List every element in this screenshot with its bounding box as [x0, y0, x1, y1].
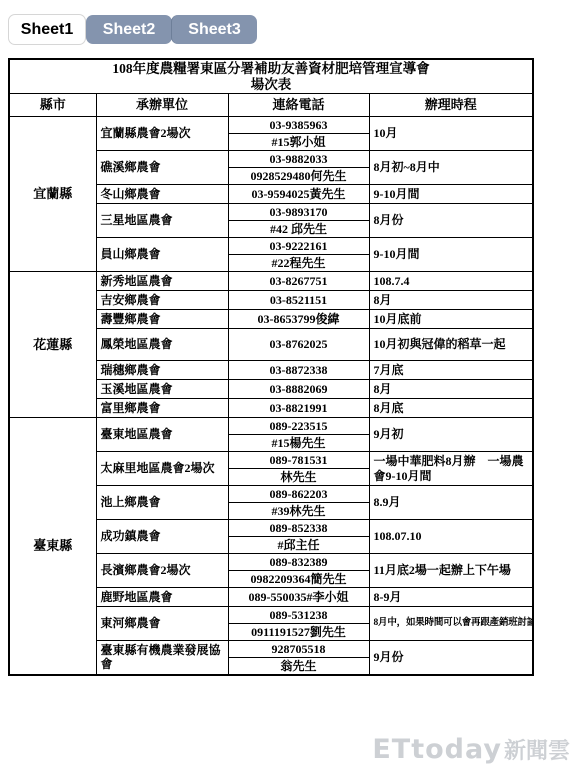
page: Sheet1 Sheet2 Sheet3 108年度農糧署東區分署補助友善資材肥…: [0, 0, 576, 768]
phone-contact-cell: #39林先生: [228, 503, 369, 520]
phone-cell: 089-862203: [228, 486, 369, 503]
title-row: 108年度農糧署東區分署補助友善資材肥培管理宣導會 場次表: [9, 59, 533, 94]
phone-cell: 03-8762025: [228, 329, 369, 361]
schedule-cell: 9-10月間: [369, 238, 533, 272]
schedule-cell: 108.07.10: [369, 520, 533, 554]
phone-cell: 03-8882069: [228, 380, 369, 399]
unit-cell: 吉安鄉農會: [96, 291, 228, 310]
watermark-logo-text: ETtoday: [372, 734, 502, 765]
unit-cell: 太麻里地區農會2場次: [96, 452, 228, 486]
county-cell: 花蓮縣: [9, 272, 96, 418]
phone-cell: 03-8872338: [228, 361, 369, 380]
unit-cell: 東河鄉農會: [96, 607, 228, 641]
unit-cell: 壽豐鄉農會: [96, 310, 228, 329]
phone-cell: 089-223515: [228, 418, 369, 435]
schedule-cell: 8月: [369, 380, 533, 399]
unit-cell: 臺東地區農會: [96, 418, 228, 452]
phone-cell: 03-8653799俊緯: [228, 310, 369, 329]
phone-cell: 03-9882033: [228, 151, 369, 168]
county-cell: 臺東縣: [9, 418, 96, 675]
unit-cell: 臺東縣有機農業發展協會: [96, 641, 228, 675]
phone-contact-cell: 0982209364簡先生: [228, 571, 369, 588]
schedule-cell: 108.7.4: [369, 272, 533, 291]
ettoday-watermark: ETtoday 新聞雲: [372, 734, 570, 765]
schedule-cell: 9月份: [369, 641, 533, 675]
phone-cell: 03-9222161: [228, 238, 369, 255]
table-row: 宜蘭縣 宜蘭縣農會2場次 03-9385963 10月: [9, 117, 533, 134]
phone-cell: 928705518: [228, 641, 369, 658]
phone-cell: 03-9594025黃先生: [228, 185, 369, 204]
unit-cell: 鹿野地區農會: [96, 588, 228, 607]
unit-cell: 三星地區農會: [96, 204, 228, 238]
schedule-cell: 10月底前: [369, 310, 533, 329]
phone-cell: 03-9385963: [228, 117, 369, 134]
unit-cell: 宜蘭縣農會2場次: [96, 117, 228, 151]
tab-sheet3[interactable]: Sheet3: [171, 15, 257, 44]
sheet-tab-bar: Sheet1 Sheet2 Sheet3: [8, 14, 257, 45]
schedule-cell: 8.9月: [369, 486, 533, 520]
unit-cell: 新秀地區農會: [96, 272, 228, 291]
unit-cell: 池上鄉農會: [96, 486, 228, 520]
watermark-logo-zh: 新聞雲: [504, 734, 570, 765]
phone-contact-cell: #22程先生: [228, 255, 369, 272]
schedule-cell: 10月初與冠偉的稻草一起: [369, 329, 533, 361]
unit-cell: 員山鄉農會: [96, 238, 228, 272]
unit-cell: 礁溪鄉農會: [96, 151, 228, 185]
phone-cell: 03-8521151: [228, 291, 369, 310]
schedule-cell: 8月中，如果時間可以會再跟產銷班討論: [369, 607, 533, 641]
unit-cell: 長濱鄉農會2場次: [96, 554, 228, 588]
unit-cell: 冬山鄉農會: [96, 185, 228, 204]
schedule-cell: 10月: [369, 117, 533, 151]
phone-contact-cell: 0911191527劉先生: [228, 624, 369, 641]
phone-cell: 089-852338: [228, 520, 369, 537]
unit-cell: 成功鎮農會: [96, 520, 228, 554]
table-row: 花蓮縣 新秀地區農會 03-8267751 108.7.4: [9, 272, 533, 291]
tab-sheet2[interactable]: Sheet2: [86, 15, 172, 44]
schedule-cell: 一場中華肥料8月辦 一場農會9-10月間: [369, 452, 533, 486]
schedule-cell: 7月底: [369, 361, 533, 380]
phone-contact-cell: #15郭小姐: [228, 134, 369, 151]
phone-cell: 03-8821991: [228, 399, 369, 418]
unit-cell: 瑞穗鄉農會: [96, 361, 228, 380]
schedule-cell: 8-9月: [369, 588, 533, 607]
phone-contact-cell: #42 邱先生: [228, 221, 369, 238]
schedule-cell: 8月初~8月中: [369, 151, 533, 185]
phone-contact-cell: #15楊先生: [228, 435, 369, 452]
phone-contact-cell: 0928529480何先生: [228, 168, 369, 185]
header-unit: 承辦單位: [96, 94, 228, 117]
unit-cell: 玉溪地區農會: [96, 380, 228, 399]
header-schedule: 辦理時程: [369, 94, 533, 117]
phone-cell: 03-8267751: [228, 272, 369, 291]
phone-cell: 089-550035#李小姐: [228, 588, 369, 607]
schedule-cell: 8月底: [369, 399, 533, 418]
table-title: 108年度農糧署東區分署補助友善資材肥培管理宣導會: [14, 60, 528, 77]
schedule-cell: 9-10月間: [369, 185, 533, 204]
phone-cell: 03-9893170: [228, 204, 369, 221]
phone-cell: 089-531238: [228, 607, 369, 624]
header-county: 縣市: [9, 94, 96, 117]
table-subtitle: 場次表: [14, 77, 528, 93]
phone-contact-cell: 林先生: [228, 469, 369, 486]
schedule-cell: 9月初: [369, 418, 533, 452]
phone-contact-cell: #邱主任: [228, 537, 369, 554]
schedule-cell: 8月: [369, 291, 533, 310]
phone-cell: 089-832389: [228, 554, 369, 571]
county-cell: 宜蘭縣: [9, 117, 96, 272]
tab-sheet1[interactable]: Sheet1: [8, 14, 86, 45]
header-row: 縣市 承辦單位 連絡電話 辦理時程: [9, 94, 533, 117]
schedule-cell: 8月份: [369, 204, 533, 238]
unit-cell: 鳳榮地區農會: [96, 329, 228, 361]
schedule-cell: 11月底2場一起辦上下午場: [369, 554, 533, 588]
phone-cell: 089-781531: [228, 452, 369, 469]
phone-contact-cell: 翁先生: [228, 658, 369, 675]
table-row: 臺東縣 臺東地區農會 089-223515 9月初: [9, 418, 533, 435]
table-title-cell: 108年度農糧署東區分署補助友善資材肥培管理宣導會 場次表: [9, 59, 533, 94]
header-phone: 連絡電話: [228, 94, 369, 117]
unit-cell: 富里鄉農會: [96, 399, 228, 418]
schedule-table: 108年度農糧署東區分署補助友善資材肥培管理宣導會 場次表 縣市 承辦單位 連絡…: [8, 58, 534, 676]
